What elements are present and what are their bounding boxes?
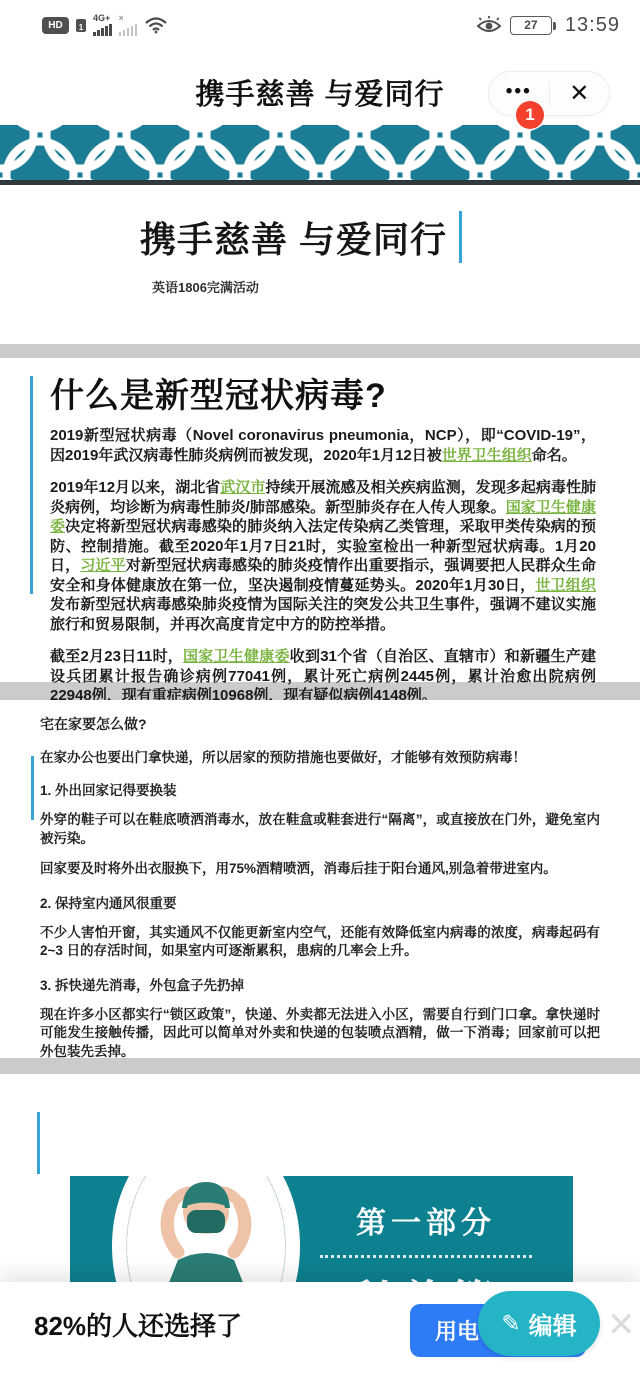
tip-paragraph: 回家要及时将外出衣服换下，用75%酒精喷洒，消毒后挂于阳台通风,别急着带进室内。 <box>40 860 600 879</box>
hero-title-card: 携手慈善 与爱同行 英语1806完满活动 <box>0 211 640 344</box>
notification-badge: 1 <box>516 101 544 129</box>
close-button[interactable]: ✕ <box>550 72 610 115</box>
banner-card: 第一部分 科普篇 <box>0 1074 640 1308</box>
banner-part-label: 第一部分 <box>320 1198 532 1242</box>
inline-link[interactable]: 武汉市 <box>220 479 265 496</box>
miniprogram-capsule: ••• ✕ <box>488 71 610 116</box>
document-title: 携手慈善 与爱同行 <box>140 212 447 263</box>
tips-accent-line <box>31 756 34 820</box>
dismiss-icon[interactable]: ✕ <box>607 1305 636 1345</box>
volte-hd-icon: HD <box>42 17 69 34</box>
edit-button-label: 编辑 <box>529 1306 577 1341</box>
battery-icon: 27 <box>510 16 552 35</box>
tip-paragraph: 现在许多小区都实行“锁区政策”，快递、外卖都无法进入小区，需要自行到门口拿。拿快… <box>40 1006 600 1062</box>
inline-link[interactable]: 世界卫生组织 <box>442 447 532 464</box>
tips-heading: 宅在家要怎么做? <box>40 714 600 734</box>
article-heading: 什么是新型冠状病毒? <box>50 368 596 417</box>
tips-card: 宅在家要怎么做? 在家办公也要出门拿快递，所以居家的预防措施也要做好，才能够有效… <box>0 700 640 1058</box>
bottom-action-bar: 82%的人还选择了 用电 ✎ 编辑 ✕ <box>0 1282 640 1386</box>
pencil-icon: ✎ <box>501 1310 520 1337</box>
signal-strength-icon-sim2: × <box>119 14 138 36</box>
banner-accent-line <box>37 1112 40 1174</box>
edit-button[interactable]: ✎ 编辑 <box>478 1291 600 1356</box>
eye-comfort-icon <box>475 15 503 35</box>
tips-intro: 在家办公也要出门拿快递，所以居家的预防措施也要做好，才能够有效预防病毒！ <box>40 746 600 766</box>
document-subtitle: 英语1806完满活动 <box>152 277 640 296</box>
article-accent-line <box>30 376 33 594</box>
tip-paragraph: 不少人害怕开窗，其实通风不仅能更新室内空气，还能有效降低室内病毒的浓度，病毒起码… <box>40 924 600 961</box>
tip-title: 2. 保持室内通风很重要 <box>40 892 600 912</box>
title-accent-bar <box>459 211 462 263</box>
decorative-pattern-band <box>0 125 640 185</box>
selection-stat-text: 82%的人还选择了 <box>34 1306 242 1343</box>
status-bar: HD 1 4G+ × 27 13:59 <box>0 0 640 50</box>
section-divider <box>0 344 640 358</box>
tip-paragraph: 外穿的鞋子可以在鞋底喷洒消毒水，放在鞋盒或鞋套进行“隔离”，或直接放在门外，避免… <box>40 811 600 848</box>
article-card: 什么是新型冠状病毒? 2019新型冠状病毒（Novel coronavirus … <box>0 358 640 682</box>
tip-title: 1. 外出回家记得要换装 <box>40 779 600 799</box>
sim1-indicator: 1 <box>76 19 86 32</box>
article-paragraph-1: 2019新型冠状病毒（Novel coronavirus pneumonia，N… <box>50 426 596 465</box>
app-header: 携手慈善 与爱同行 ••• ✕ 1 <box>0 50 640 125</box>
inline-link[interactable]: 国家卫生健康委 <box>183 648 290 665</box>
tip-title: 3. 拆快递先消毒，外包盒子先扔掉 <box>40 974 600 994</box>
article-paragraph-3: 截至2月23日11时，国家卫生健康委收到31个省（自治区、直辖市）和新疆生产建设… <box>50 647 596 706</box>
banner-dotted-divider <box>320 1255 532 1258</box>
inline-link[interactable]: 习近平 <box>80 557 126 574</box>
inline-link[interactable]: 世卫组织 <box>535 577 596 594</box>
signal-strength-icon-sim1: 4G+ <box>93 14 112 36</box>
wifi-icon <box>144 16 168 34</box>
clock-time: 13:59 <box>565 14 620 37</box>
article-paragraph-2: 2019年12月以来，湖北省武汉市持续开展流感及相关疾病监测，发现多起病毒性肺炎… <box>50 478 596 634</box>
